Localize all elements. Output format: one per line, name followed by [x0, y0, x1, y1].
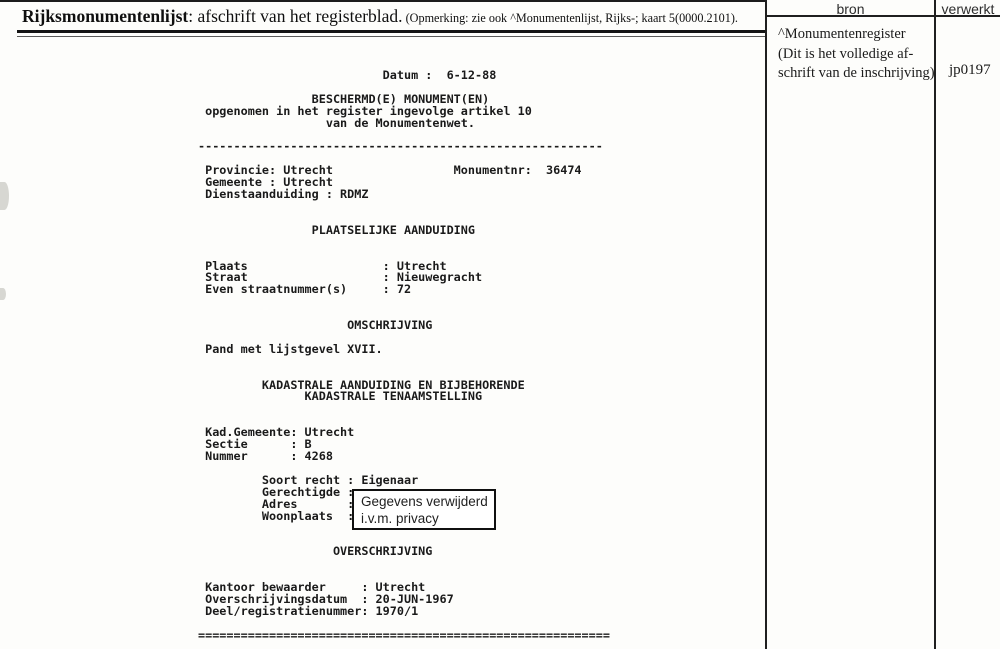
- column-header-verwerkt: verwerkt: [936, 1, 1000, 17]
- title-underline-thin: [17, 36, 765, 37]
- title-underline-thick: [17, 30, 765, 33]
- scan-edge-artifact: [0, 0, 765, 2]
- page-title-description: : afschrift van het registerblad.: [188, 6, 402, 26]
- scanned-register-page: Rijksmonumentenlijst: afschrift van het …: [0, 0, 1000, 649]
- privacy-line-1: Gegevens verwijderd: [361, 493, 494, 510]
- page-title-term: Rijksmonumentenlijst: [22, 6, 188, 26]
- bron-entry-text: ^Monumentenregister (Dit is het volledig…: [778, 25, 938, 84]
- privacy-redaction-box: Gegevens verwijderd i.v.m. privacy: [352, 489, 496, 530]
- scan-smudge-artifact: [0, 288, 6, 300]
- register-typewriter-text: Datum : 6-12-88 BESCHERMD(E) MONUMENT(EN…: [198, 70, 610, 642]
- page-title-note: (Opmerking: zie ook ^Monumentenlijst, Ri…: [403, 11, 738, 25]
- verwerkt-entry-code: jp0197: [949, 62, 991, 79]
- table-divider-left: [765, 0, 767, 649]
- scan-smudge-artifact: [0, 182, 9, 210]
- privacy-line-2: i.v.m. privacy: [361, 510, 494, 527]
- column-header-bron: bron: [767, 1, 934, 17]
- page-title: Rijksmonumentenlijst: afschrift van het …: [22, 6, 738, 27]
- table-divider-middle: [934, 0, 936, 649]
